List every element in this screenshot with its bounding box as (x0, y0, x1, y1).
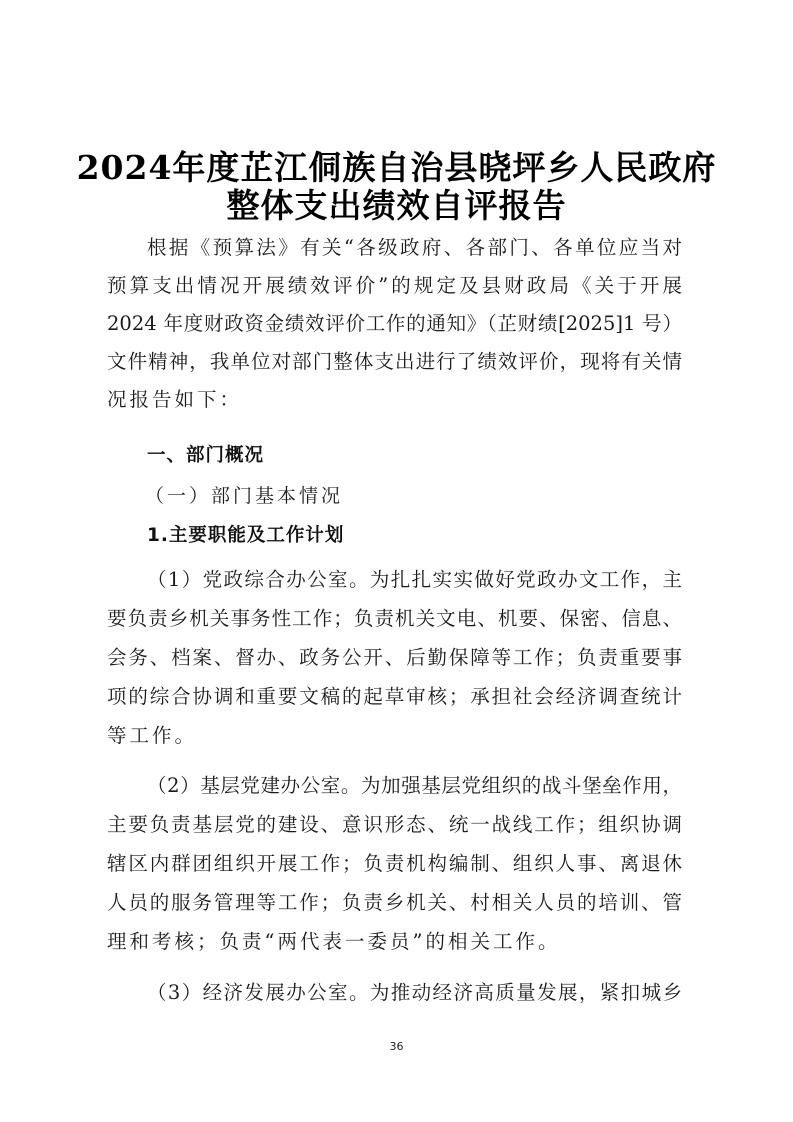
intro-line-3: 2024 年度财政资金绩效评价工作的通知》（芷财绩[2025]1 号） (107, 311, 682, 337)
document-title-line-1: 2024年度芷江侗族自治县晓坪乡人民政府 (0, 148, 793, 188)
para2-line-4: 人员的服务管理等工作；负责乡机关、村相关人员的培训、管 (107, 890, 682, 916)
para1-line-4: 项的综合协调和重要文稿的起草审核；承担社会经济调查统计 (107, 684, 682, 710)
para1-line-2: 要负责乡机关事务性工作；负责机关文电、机要、保密、信息、 (107, 606, 682, 632)
document-page: 2024年度芷江侗族自治县晓坪乡人民政府 整体支出绩效自评报告 根据《预算法》有… (0, 0, 793, 1122)
intro-line-2: 预算支出情况开展绩效评价”的规定及县财政局《关于开展 (107, 273, 682, 299)
intro-line-1: 根据《预算法》有关“各级政府、各部门、各单位应当对 (147, 235, 682, 261)
para2-line-1: （2）基层党建办公室。为加强基层党组织的战斗堡垒作用， (147, 773, 682, 799)
intro-line-5: 况报告如下： (107, 387, 682, 413)
para3-line-1: （3）经济发展办公室。为推动经济高质量发展，紧扣城乡 (147, 980, 682, 1006)
para1-line-1: （1）党政综合办公室。为扎扎实实做好党政办文工作，主 (147, 567, 682, 593)
section-heading: 一、部门概况 (147, 443, 264, 469)
subsection-heading: （一）部门基本情况 (145, 483, 343, 509)
para2-line-5: 理和考核；负责“两代表一委员”的相关工作。 (107, 929, 682, 955)
para2-line-2: 主要负责基层党的建设、意识形态、统一战线工作；组织协调 (107, 812, 682, 838)
para2-line-3: 辖区内群团组织开展工作；负责机构编制、组织人事、离退休 (107, 851, 682, 877)
intro-line-4: 文件精神，我单位对部门整体支出进行了绩效评价，现将有关情 (107, 349, 682, 375)
para1-line-5: 等工作。 (107, 723, 682, 749)
para1-line-3: 会务、档案、督办、政务公开、后勤保障等工作；负责重要事 (107, 645, 682, 671)
page-number: 36 (0, 1040, 793, 1053)
document-title-line-2: 整体支出绩效自评报告 (0, 186, 793, 226)
item-heading: 1.主要职能及工作计划 (147, 523, 344, 549)
